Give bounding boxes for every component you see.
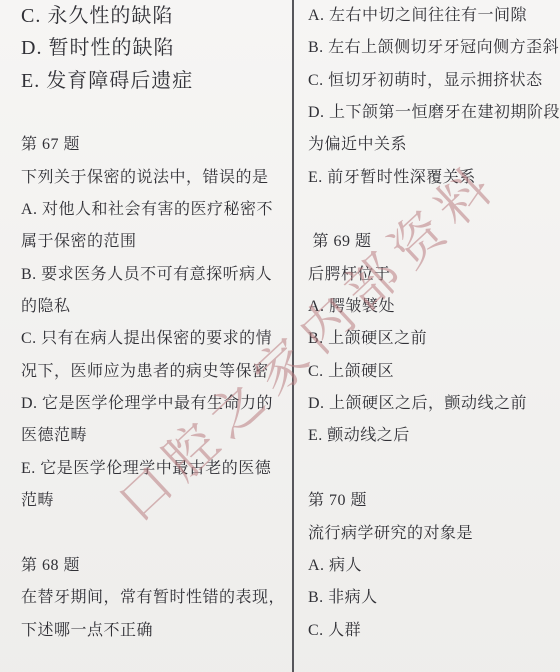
text-line: A. 对他人和社会有害的医疗秘密不 <box>21 194 289 226</box>
text-line: 的隐私 <box>21 291 289 323</box>
text-line: D. 上颌硬区之后，颤动线之前 <box>308 388 558 420</box>
text-line <box>308 194 558 226</box>
text-line: C. 恒切牙初萌时，显示拥挤状态 <box>308 65 558 97</box>
text-line: 第 69 题 <box>308 226 558 258</box>
text-line: E. 它是医学伦理学中最古老的医德 <box>21 453 289 485</box>
text-line: A. 腭皱襞处 <box>308 291 558 323</box>
text-line: 第 70 题 <box>308 485 558 517</box>
text-line: 属于保密的范围 <box>21 226 289 258</box>
text-line: 第 67 题 <box>21 129 289 161</box>
text-line: A. 病人 <box>308 550 558 582</box>
text-line: C. 人群 <box>308 615 558 647</box>
text-line: E. 发育障碍后遗症 <box>21 65 289 97</box>
exam-question-page: C. 永久性的缺陷D. 暂时性的缺陷E. 发育障碍后遗症第 67 题下列关于保密… <box>0 0 560 672</box>
left-column: C. 永久性的缺陷D. 暂时性的缺陷E. 发育障碍后遗症第 67 题下列关于保密… <box>21 0 289 647</box>
text-line <box>308 453 558 485</box>
text-line: E. 前牙暂时性深覆关系 <box>308 162 558 194</box>
text-line <box>21 97 289 129</box>
text-line: B. 左右上颌侧切牙牙冠向侧方歪斜 <box>308 32 558 64</box>
text-line: 流行病学研究的对象是 <box>308 518 558 550</box>
text-line: E. 颤动线之后 <box>308 420 558 452</box>
text-line: 范畴 <box>21 485 289 517</box>
text-line: B. 要求医务人员不可有意探听病人 <box>21 259 289 291</box>
text-line: 况下，医师应为患者的病史等保密 <box>21 356 289 388</box>
text-line <box>21 518 289 550</box>
text-line: 下列关于保密的说法中，错误的是 <box>21 162 289 194</box>
text-line: C. 永久性的缺陷 <box>21 0 289 32</box>
text-line: D. 它是医学伦理学中最有生命力的 <box>21 388 289 420</box>
text-line: C. 只有在病人提出保密的要求的情 <box>21 323 289 355</box>
text-line: 后腭杆位于 <box>308 259 558 291</box>
text-line: 下述哪一点不正确 <box>21 615 289 647</box>
text-line: 医德范畴 <box>21 420 289 452</box>
text-line: C. 上颌硬区 <box>308 356 558 388</box>
text-line: D. 上下颌第一恒磨牙在建初期阶段 <box>308 97 558 129</box>
column-divider <box>292 0 294 672</box>
text-line: 第 68 题 <box>21 550 289 582</box>
text-line: B. 上颌硬区之前 <box>308 323 558 355</box>
text-line: B. 非病人 <box>308 582 558 614</box>
text-line: 在替牙期间，常有暂时性错的表现， <box>21 582 289 614</box>
text-line: D. 暂时性的缺陷 <box>21 32 289 64</box>
right-column: A. 左右中切之间往往有一间隙B. 左右上颌侧切牙牙冠向侧方歪斜C. 恒切牙初萌… <box>308 0 558 647</box>
text-line: A. 左右中切之间往往有一间隙 <box>308 0 558 32</box>
text-line: 为偏近中关系 <box>308 129 558 161</box>
